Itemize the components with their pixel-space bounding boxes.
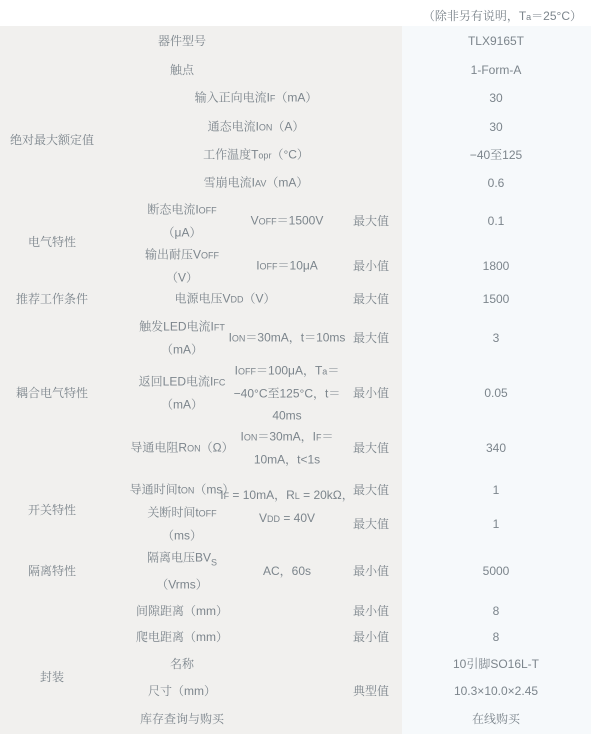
subscript-text: OFF [199, 509, 217, 519]
condition-label: IOFF＝10μA [220, 255, 355, 278]
subscript-text: a [526, 12, 531, 22]
condition-label: IF = 10mA，RL = 20kΩ，VDD = 40V [220, 484, 355, 530]
limit-type-label: 最大值 [353, 210, 389, 232]
category-label: 推荐工作条件 [16, 288, 88, 310]
subscript-text: OFF [199, 206, 217, 216]
limit-type-label: 最小值 [353, 560, 389, 582]
subscript-text: L [295, 491, 300, 501]
value-cell: 30 [489, 87, 502, 109]
param-label: 雪崩电流IAV（mA） [204, 172, 309, 195]
value-cell: 1-Form-A [471, 59, 522, 81]
param-label: 触点 [170, 59, 194, 81]
subscript-text: AV [255, 179, 266, 189]
limit-type-label: 最大值 [353, 513, 389, 535]
param-label: 器件型号 [158, 30, 206, 52]
limit-type-label: 最大值 [353, 327, 389, 349]
value-cell: 10引脚SO16L-T [453, 653, 539, 675]
value-cell: 8 [493, 600, 500, 622]
category-label: 隔离特性 [28, 560, 76, 582]
subscript-text: ON [259, 123, 273, 133]
value-cell: −40至125 [470, 144, 522, 166]
param-label: 名称 [170, 653, 194, 675]
limit-type-label: 最大值 [353, 437, 389, 459]
limit-type-label: 最小值 [353, 600, 389, 622]
limit-type-label: 典型值 [353, 680, 389, 702]
subscript-text: a [322, 367, 327, 377]
param-label: 库存查询与购买 [140, 708, 224, 730]
subscript-text: ON [187, 444, 201, 454]
condition-label: VOFF＝1500V [220, 210, 355, 233]
subscript-text: OFF [259, 217, 277, 227]
value-cell: 1800 [483, 255, 510, 277]
category-label: 耦合电气特性 [16, 382, 88, 404]
value-cell: 30 [489, 116, 502, 138]
condition-label: IOFF＝100μA，Ta＝−40°C至125°C，t＝40ms [220, 360, 355, 427]
value-cell: 1 [493, 479, 500, 501]
value-cell: TLX9165T [468, 30, 524, 52]
subscript-text: F [316, 433, 322, 443]
category-label: 绝对最大额定值 [10, 129, 94, 151]
value-cell: 0.6 [488, 172, 505, 194]
value-cell: 0.05 [484, 382, 507, 404]
subscript-text: opr [258, 151, 271, 161]
subscript-text: F [224, 491, 230, 501]
param-label: 电源电压VDD（V） [174, 288, 275, 311]
value-cell: 3 [493, 327, 500, 349]
subscript-text: ON [244, 433, 258, 443]
subscript-text: DD [267, 514, 280, 524]
value-cell: 1 [493, 513, 500, 535]
subscript-text: S [211, 558, 217, 568]
value-cell: 5000 [483, 560, 510, 582]
parametric-table-page: （除非另有说明，Ta＝25°C） 器件型号TLX9165T触点1-Form-A输… [0, 0, 591, 748]
subscript-text: F [270, 94, 276, 104]
measurement-conditions-note: （除非另有说明，Ta＝25°C） [423, 7, 582, 24]
param-label: 爬电距离（mm） [136, 626, 228, 648]
value-cell: 0.1 [488, 210, 505, 232]
subscript-text: OFF [238, 367, 256, 377]
param-label: 工作温度Topr（°C） [203, 144, 309, 167]
param-label: 间隙距离（mm） [136, 600, 228, 622]
condition-label: ION＝30mA，t＝10ms [220, 327, 355, 350]
param-label: 导通电阻RON（Ω） [130, 437, 233, 460]
category-label: 开关特性 [28, 499, 76, 521]
subscript-text: OFF [260, 262, 278, 272]
category-label: 电气特性 [28, 231, 76, 253]
limit-type-label: 最大值 [353, 288, 389, 310]
value-cell: 8 [493, 626, 500, 648]
limit-type-label: 最小值 [353, 255, 389, 277]
param-label: 输出耐压VOFF（V） [135, 244, 230, 289]
subscript-text: ON [232, 334, 246, 344]
param-label: 输入正向电流IF（mA） [195, 87, 318, 110]
param-label: 尺寸（mm） [148, 680, 216, 702]
subscript-text: OFF [201, 251, 219, 261]
limit-type-label: 最大值 [353, 479, 389, 501]
param-label: 断态电流IOFF（μA） [132, 199, 232, 244]
limit-type-label: 最小值 [353, 382, 389, 404]
condition-label: AC，60s [220, 560, 355, 582]
condition-label: ION＝30mA，IF＝10mA，t<1s [220, 426, 355, 471]
value-cell: 10.3×10.0×2.45 [454, 680, 538, 702]
value-cell: 340 [486, 437, 506, 459]
subscript-text: DD [231, 295, 244, 305]
param-label: 通态电流ION（A） [208, 116, 305, 139]
limit-type-label: 最小值 [353, 626, 389, 648]
param-label: 关断时间tOFF（ms） [132, 502, 232, 547]
buy-online-link[interactable]: 在线购买 [472, 708, 520, 730]
category-label: 封装 [40, 666, 64, 688]
subscript-text: ON [181, 486, 195, 496]
value-cell: 1500 [483, 288, 510, 310]
